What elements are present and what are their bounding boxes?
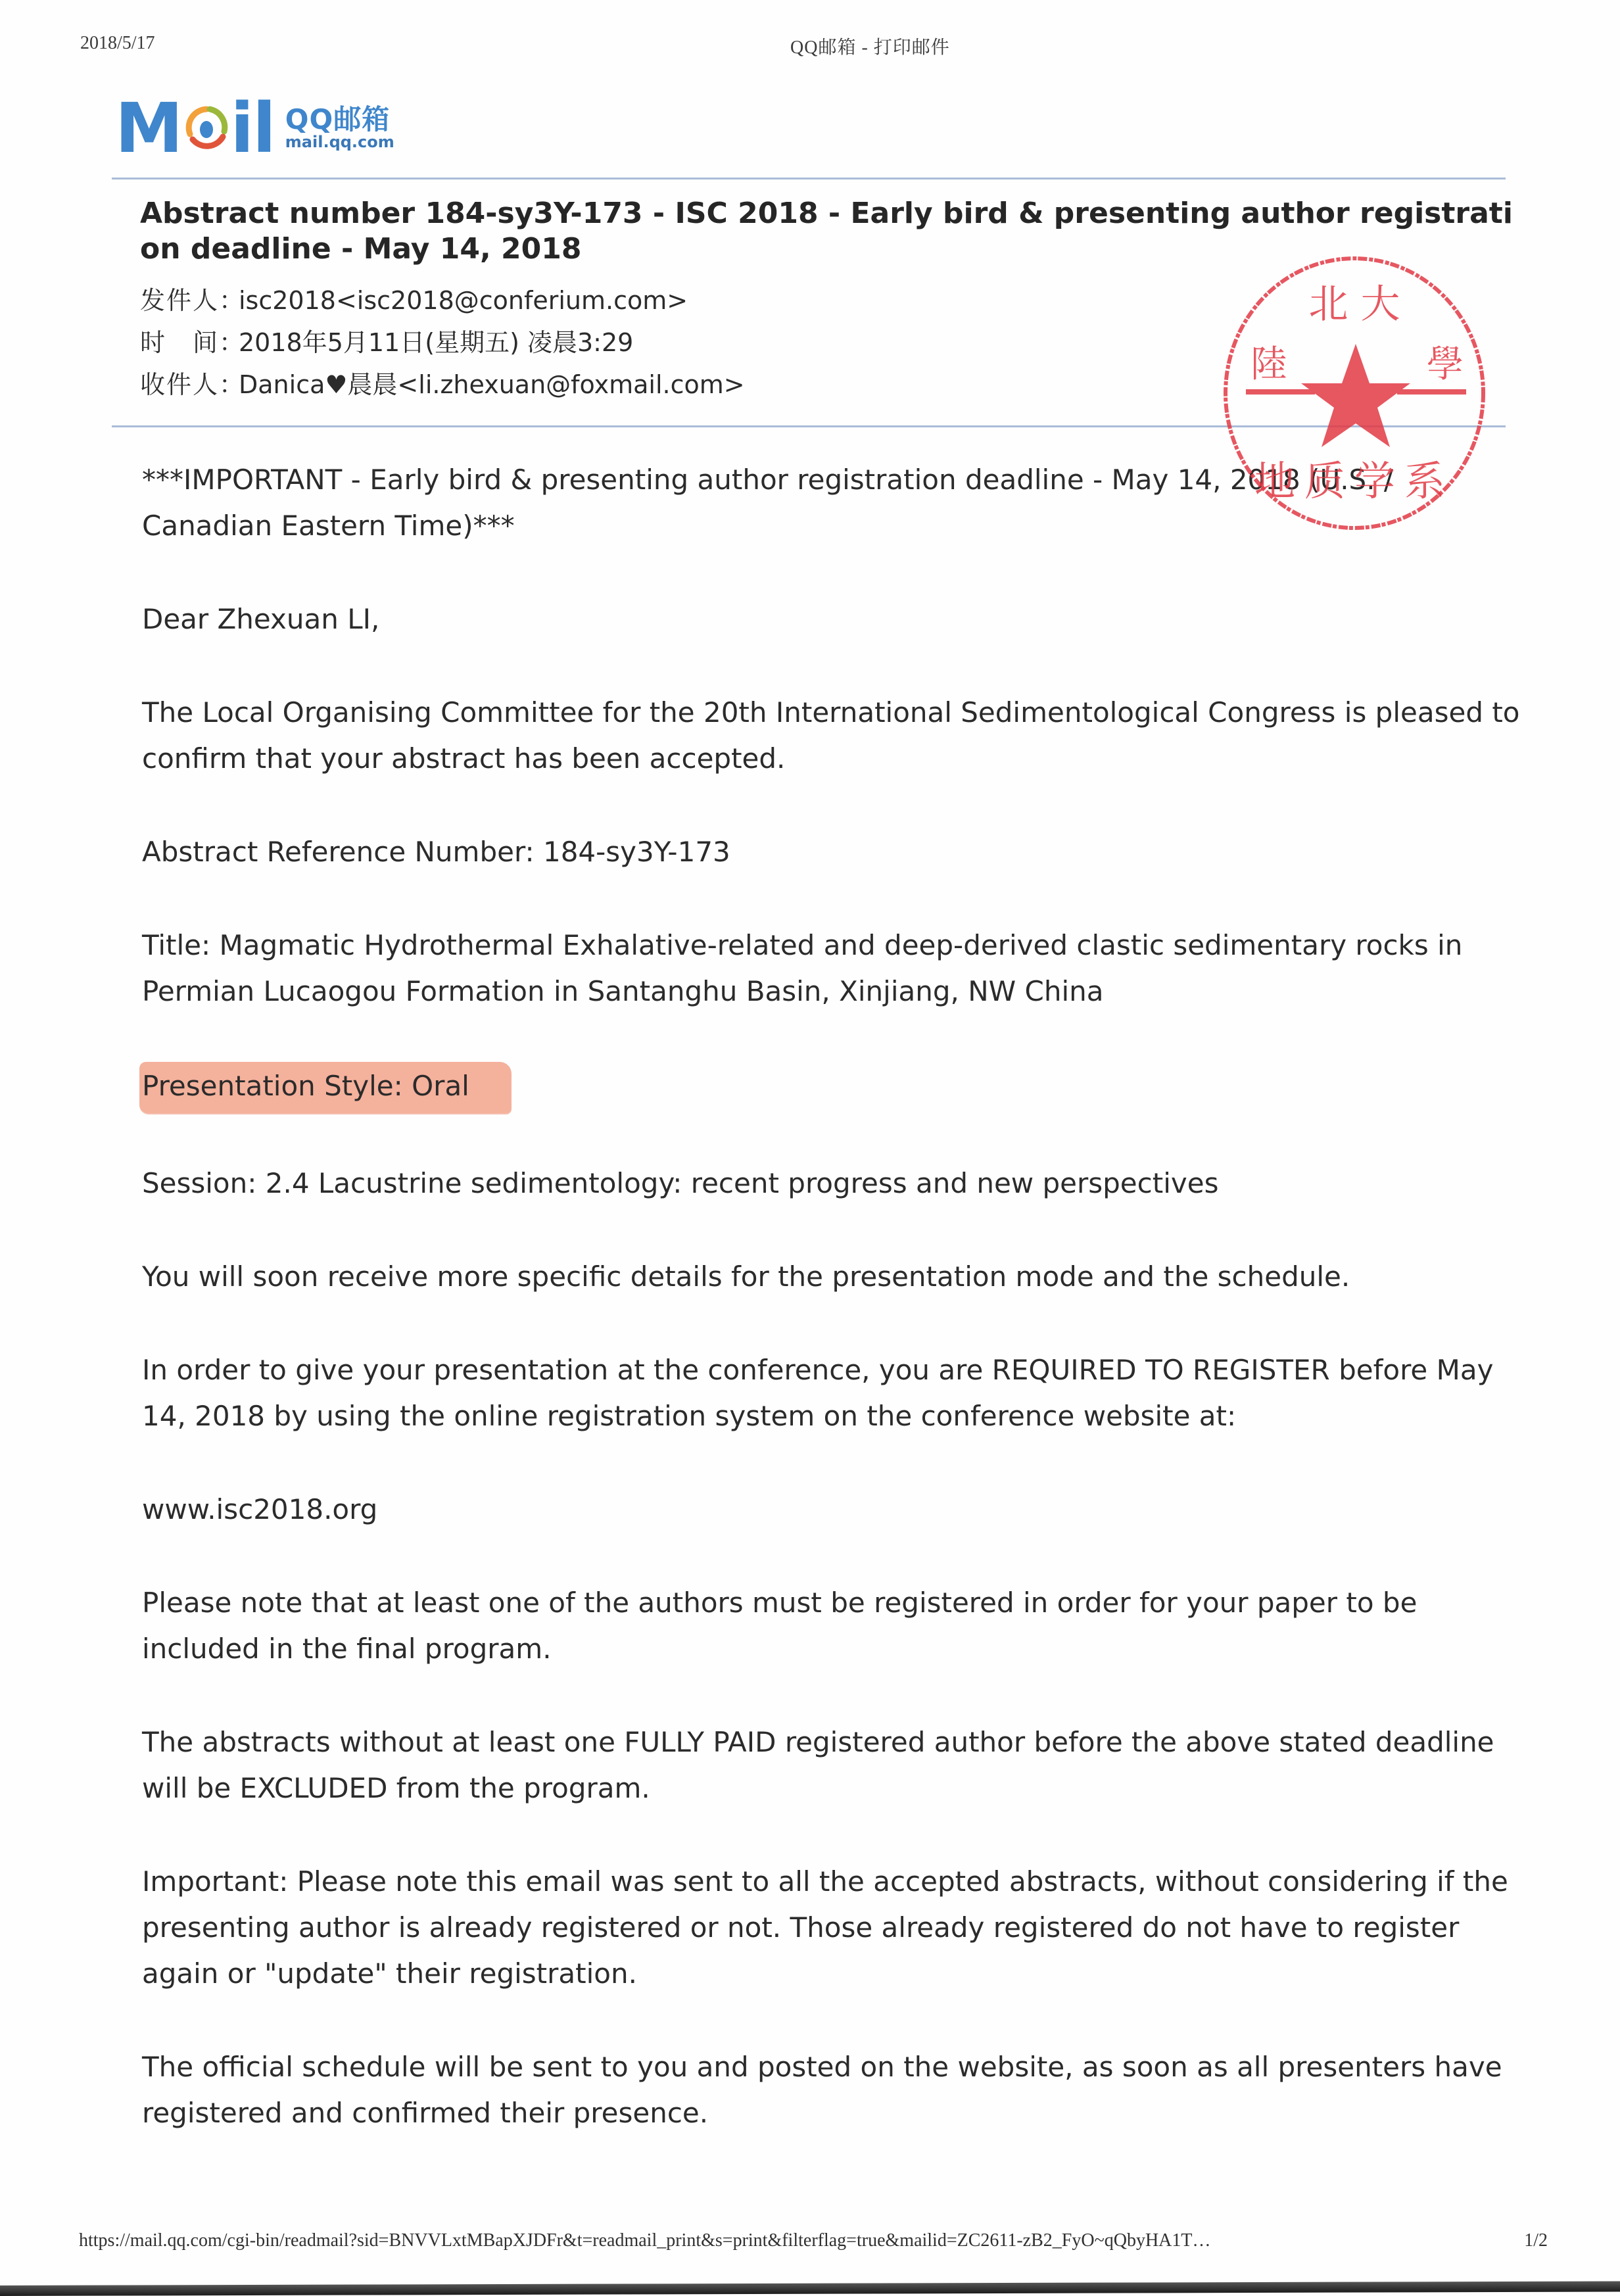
print-footer: https://mail.qq.com/cgi-bin/readmail?sid… [79,2230,1561,2251]
print-header: 2018/5/17 QQ邮箱 - 打印邮件 [80,33,1540,59]
stamp-right-text: 學 [1427,343,1464,386]
important-note: Important: Please note this email was se… [142,1859,1529,1997]
qq-mail-logo: M il QQ邮箱 mail.qq.com [115,99,394,158]
moil-wordmark: M il [115,94,275,162]
footer-url: https://mail.qq.com/cgi-bin/readmail?sid… [79,2230,1211,2251]
authors-notice: Please note that at least one of the aut… [142,1580,1529,1672]
session: Session: 2.4 Lacustrine sedimentology: r… [142,1160,1529,1207]
star-icon [1301,344,1410,447]
logo-text: QQ邮箱 mail.qq.com [285,106,394,151]
scan-edge [0,2282,1620,2296]
time-row: 时 间：2018年5月11日(星期五) 凌晨3:29 [140,322,745,364]
email-body: ***IMPORTANT - Early bird & presenting a… [142,457,1529,2184]
logo-letters-il: il [231,94,275,162]
schedule-notice: The official schedule will be sent to yo… [142,2044,1529,2136]
excluded-notice: The abstracts without at least one FULLY… [142,1719,1529,1811]
recipient-row: 收件人：Danica♥晨晨<li.zhexuan@foxmail.com> [140,364,745,406]
logo-cn: QQ邮箱 [285,106,394,133]
greeting: Dear Zhexuan LI, [142,596,1529,642]
sender-row: 发件人：isc2018<isc2018@conferium.com> [140,279,745,322]
time-value: 2018年5月11日(星期五) 凌晨3:29 [239,328,633,357]
recipient-value[interactable]: Danica♥晨晨<li.zhexuan@foxmail.com> [239,370,745,399]
official-seal-stamp: 北 大 陸 學 地质学系 [1210,249,1499,538]
stamp-left-text: 陸 [1251,343,1287,386]
time-label: 时 间： [140,322,239,364]
register-notice: In order to give your presentation at th… [142,1347,1529,1439]
stamp-top-text: 北 大 [1308,281,1400,327]
email-meta: 发件人：isc2018<isc2018@conferium.com> 时 间：2… [140,279,745,406]
penguin-ring-icon [185,105,228,151]
print-date: 2018/5/17 [80,33,155,54]
presentation-style-highlighted: Presentation Style: Oral [139,1062,512,1113]
acceptance-paragraph: The Local Organising Committee for the 2… [142,690,1529,782]
website-link[interactable]: www.isc2018.org [142,1493,377,1525]
sender-label: 发件人： [140,279,239,322]
abstract-reference: Abstract Reference Number: 184-sy3Y-173 [142,829,1529,875]
stamp-bottom-text: 地质学系 [1254,457,1454,505]
abstract-title: Title: Magmatic Hydrothermal Exhalative-… [142,922,1529,1015]
sender-value[interactable]: isc2018<isc2018@conferium.com> [239,286,688,315]
page-number: 1/2 [1524,2230,1548,2251]
recipient-label: 收件人： [140,364,239,406]
header-divider [112,178,1506,179]
logo-url: mail.qq.com [285,133,394,151]
logo-letter-m: M [115,94,182,162]
print-title: QQ邮箱 - 打印邮件 [790,33,950,59]
details-notice: You will soon receive more specific deta… [142,1254,1529,1300]
